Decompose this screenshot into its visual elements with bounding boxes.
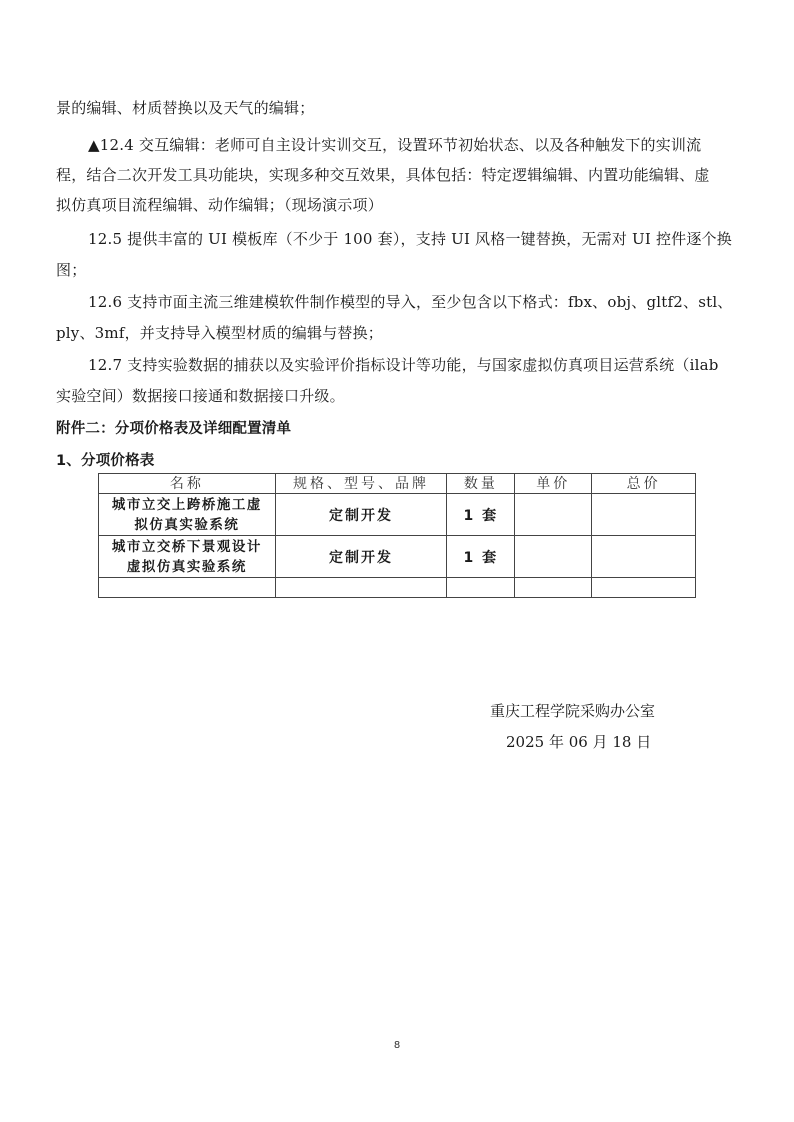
header-total: 总价 [592, 474, 696, 494]
name-line: 拟仿真实验系统 [99, 515, 275, 535]
table-row-empty [99, 578, 696, 598]
paragraph-line: 12.6 支持市面主流三维建模软件制作模型的导入，至少包含以下格式：fbx、ob… [88, 292, 733, 312]
header-name: 名称 [99, 474, 276, 494]
paragraph-line: ply、3mf，并支持导入模型材质的编辑与替换； [56, 323, 383, 343]
header-qty: 数量 [447, 474, 515, 494]
cell-name [99, 578, 276, 598]
paragraph-line: ▲12.4 交互编辑：老师可自主设计实训交互，设置环节初始状态、以及各种触发下的… [88, 135, 701, 155]
cell-total [592, 536, 696, 578]
cell-name: 城市立交上跨桥施工虚 拟仿真实验系统 [99, 494, 276, 536]
cell-total [592, 578, 696, 598]
cell-spec [275, 578, 447, 598]
page-number: 8 [0, 1040, 794, 1051]
paragraph-line: 拟仿真项目流程编辑、动作编辑；（现场演示项） [56, 195, 383, 215]
signature-org: 重庆工程学院采购办公室 [490, 700, 655, 721]
cell-spec: 定制开发 [275, 494, 447, 536]
cell-qty: 1 套 [447, 536, 515, 578]
name-line: 城市立交上跨桥施工虚 [99, 495, 275, 515]
cell-qty [447, 578, 515, 598]
paragraph-line: 景的编辑、材质替换以及天气的编辑； [56, 98, 314, 118]
cell-spec: 定制开发 [275, 536, 447, 578]
header-unit-price: 单价 [515, 474, 592, 494]
table-row: 城市立交上跨桥施工虚 拟仿真实验系统 定制开发 1 套 [99, 494, 696, 536]
subsection-title: 1、分项价格表 [56, 451, 155, 471]
document-page: 景的编辑、材质替换以及天气的编辑； ▲12.4 交互编辑：老师可自主设计实训交互… [0, 0, 794, 1122]
paragraph-line: 12.5 提供丰富的 UI 模板库（不少于 100 套），支持 UI 风格一键替… [88, 229, 732, 249]
cell-unit-price [515, 536, 592, 578]
cell-unit-price [515, 578, 592, 598]
paragraph-line: 实验空间）数据接口接通和数据接口升级。 [56, 386, 345, 406]
paragraph-line: 程，结合二次开发工具功能块，实现多种交互效果，具体包括：特定逻辑编辑、内置功能编… [56, 165, 710, 185]
signature-date: 2025 年 06 月 18 日 [506, 731, 651, 752]
paragraph-line: 12.7 支持实验数据的捕获以及实验评价指标设计等功能，与国家虚拟仿真项目运营系… [88, 355, 719, 375]
name-line: 虚拟仿真实验系统 [99, 557, 275, 577]
cell-name: 城市立交桥下景观设计 虚拟仿真实验系统 [99, 536, 276, 578]
header-spec: 规格、型号、品牌 [275, 474, 447, 494]
table-header-row: 名称 规格、型号、品牌 数量 单价 总价 [99, 474, 696, 494]
price-table: 名称 规格、型号、品牌 数量 单价 总价 城市立交上跨桥施工虚 拟仿真实验系统 … [98, 473, 696, 598]
section-title: 附件二：分项价格表及详细配置清单 [56, 419, 291, 439]
table-row: 城市立交桥下景观设计 虚拟仿真实验系统 定制开发 1 套 [99, 536, 696, 578]
paragraph-line: 图； [56, 260, 86, 280]
cell-unit-price [515, 494, 592, 536]
cell-qty: 1 套 [447, 494, 515, 536]
cell-total [592, 494, 696, 536]
name-line: 城市立交桥下景观设计 [99, 537, 275, 557]
